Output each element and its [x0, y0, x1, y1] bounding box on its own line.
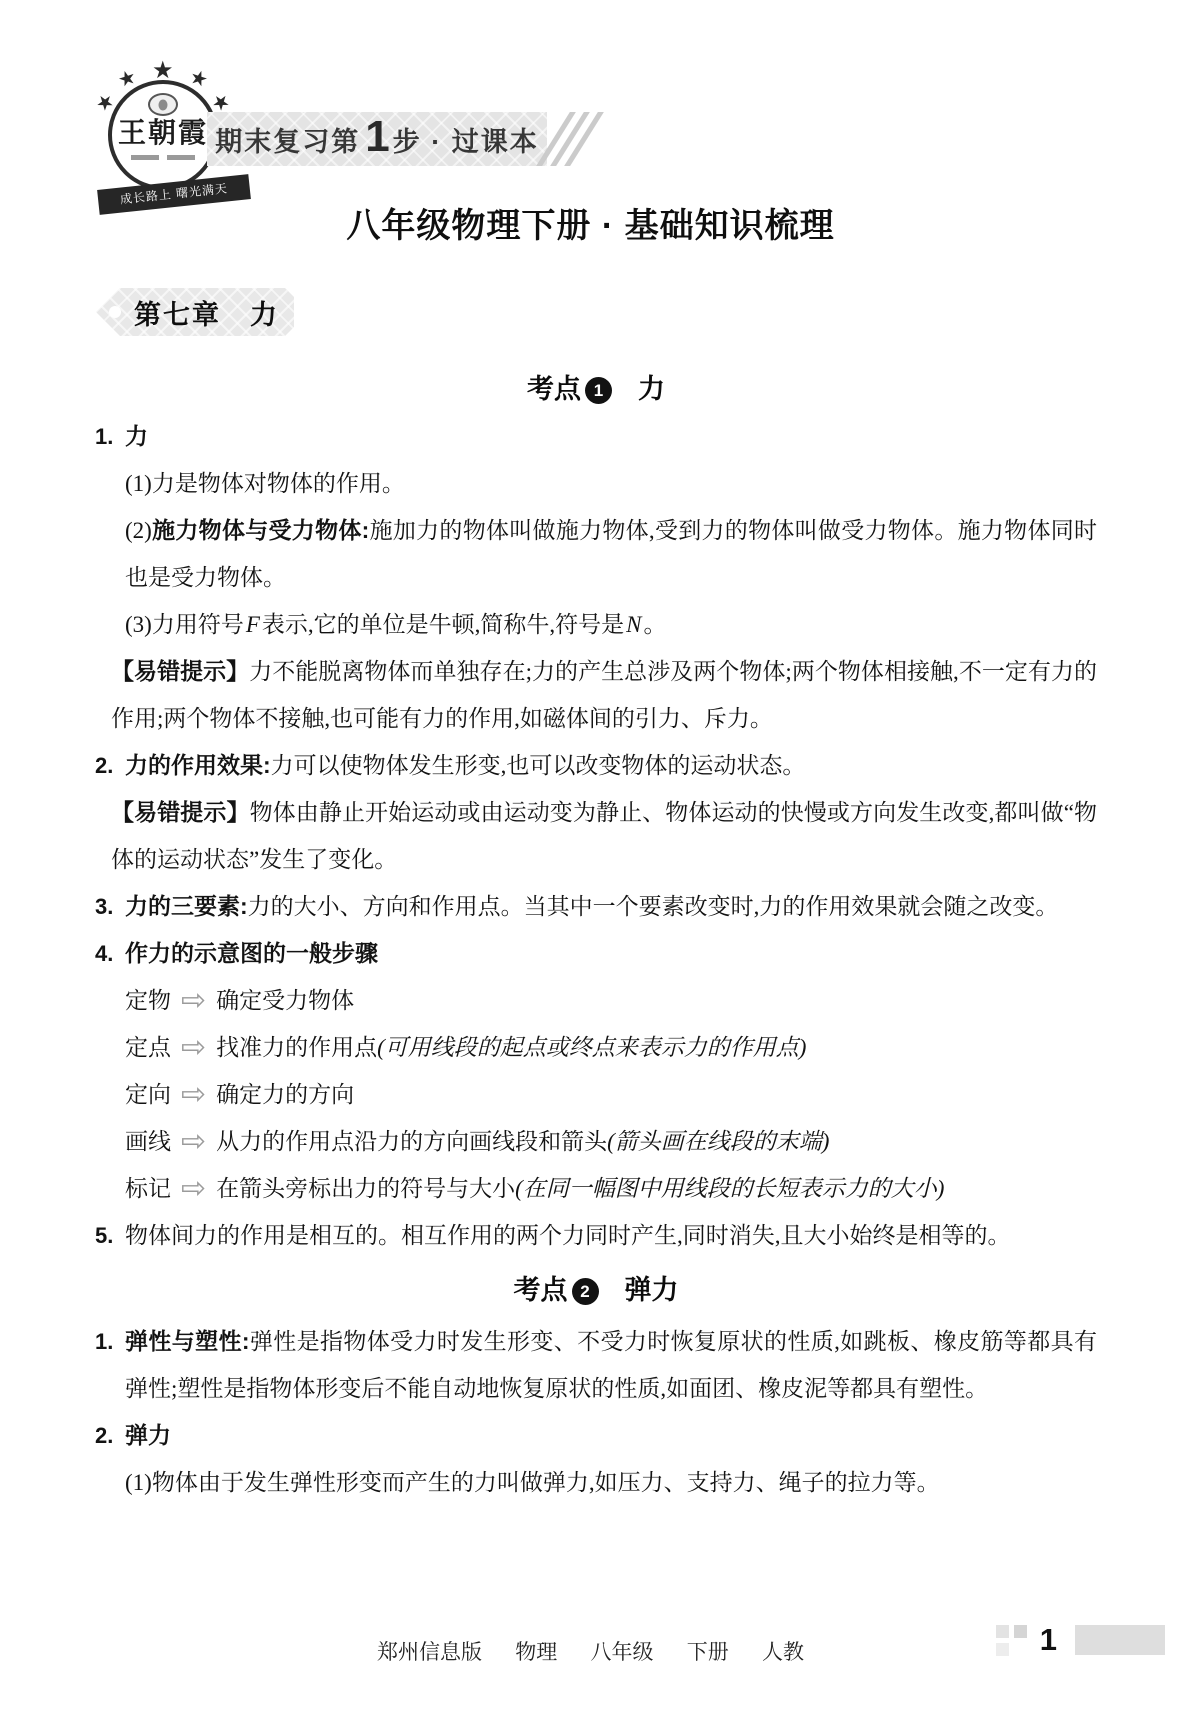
- step-row: 标记⇨在箭头旁标出力的符号与大小(在同一幅图中用线段的长短表示力的大小): [95, 1165, 1097, 1212]
- step-row: 定物⇨确定受力物体: [95, 977, 1097, 1024]
- text-segment: 从力的作用点沿力的方向画线段和箭头: [216, 1129, 607, 1154]
- text-segment: (3)力用符号: [125, 612, 244, 637]
- content-paragraph: (1)物体由于发生弹性形变而产生的力叫做弹力,如压力、支持力、绳子的拉力等。: [95, 1459, 1097, 1506]
- imprint-item: 八年级: [591, 1640, 654, 1664]
- page-number-bar: [1075, 1625, 1165, 1655]
- content-paragraph: (3)力用符号F表示,它的单位是牛顿,简称牛,符号是N。: [95, 601, 1097, 648]
- text-segment: 力的大小、方向和作用点。当其中一个要素改变时,力的作用效果就会随之改变。: [248, 894, 1059, 919]
- document-body: 考点1力1.力(1)力是物体对物体的作用。(2)施力物体与受力物体:施加力的物体…: [95, 366, 1097, 1506]
- tip-note: 【易错提示】物体由静止开始运动或由运动变为静止、物体运动的快慢或方向发生改变,都…: [95, 789, 1097, 883]
- text-segment: 力可以使物体发生形变,也可以改变物体的运动状态。: [271, 753, 806, 778]
- page-title: 八年级物理下册 · 基础知识梳理: [0, 198, 1181, 247]
- section: 考点1力1.力(1)力是物体对物体的作用。(2)施力物体与受力物体:施加力的物体…: [95, 366, 1097, 1259]
- chapter-tag-label: 第七章 力: [134, 293, 279, 332]
- step-row: 定向⇨确定力的方向: [95, 1071, 1097, 1118]
- banner-text-suffix: 步 · 过课本: [393, 120, 539, 159]
- banner-slashes-decoration: [553, 112, 613, 166]
- text-segment: (可用线段的起点或终点来表示力的作用点): [377, 1035, 806, 1060]
- content-paragraph: (1)力是物体对物体的作用。: [95, 460, 1097, 507]
- text-segment: 作力的示意图的一般步骤: [125, 940, 378, 966]
- text-segment: (2): [125, 518, 152, 543]
- content-paragraph: 4.作力的示意图的一般步骤: [95, 930, 1097, 977]
- text-segment: 【易错提示】: [111, 799, 250, 825]
- content-paragraph: 3.力的三要素:力的大小、方向和作用点。当其中一个要素改变时,力的作用效果就会随…: [95, 883, 1097, 930]
- logo-badge-circle: 王朝霞: [108, 80, 218, 190]
- list-marker: 2.: [95, 742, 125, 789]
- list-marker: 1.: [95, 413, 125, 460]
- text-segment: F: [244, 612, 262, 637]
- content-paragraph: (2)施力物体与受力物体:施加力的物体叫做施力物体,受到力的物体叫做受力物体。施…: [95, 507, 1097, 601]
- text-segment: 定物: [125, 988, 171, 1013]
- text-segment: 弹力: [125, 1422, 171, 1448]
- text-segment: 。: [643, 612, 666, 637]
- text-segment: 找准力的作用点: [216, 1035, 377, 1060]
- imprint-item: 郑州信息版: [377, 1640, 482, 1664]
- imprint-item: 物理: [515, 1640, 557, 1664]
- text-segment: (箭头画在线段的末端): [607, 1129, 829, 1154]
- text-segment: 力的作用效果:: [125, 752, 271, 778]
- list-marker: 3.: [95, 883, 125, 930]
- tip-note: 【易错提示】力不能脱离物体而单独存在;力的产生总涉及两个物体;两个物体相接触,不…: [95, 648, 1097, 742]
- list-marker: 1.: [95, 1318, 125, 1365]
- block-arrow-right-icon: ⇨: [181, 1124, 206, 1159]
- text-segment: 力的三要素:: [125, 893, 248, 919]
- text-segment: 画线: [125, 1129, 171, 1154]
- content-paragraph: 2.力的作用效果:力可以使物体发生形变,也可以改变物体的运动状态。: [95, 742, 1097, 789]
- content-paragraph: 2.弹力: [95, 1412, 1097, 1459]
- step-row: 画线⇨从力的作用点沿力的方向画线段和箭头(箭头画在线段的末端): [95, 1118, 1097, 1165]
- page-number-block: 1: [996, 1622, 1165, 1658]
- content-paragraph: 1.弹性与塑性:弹性是指物体受力时发生形变、不受力时恢复原状的性质,如跳板、橡皮…: [95, 1318, 1097, 1412]
- banner-step-number: 1: [365, 112, 389, 162]
- portrait-icon: [148, 93, 178, 116]
- content-paragraph: 5.物体间力的作用是相互的。相互作用的两个力同时产生,同时消失,且大小始终是相等…: [95, 1212, 1097, 1259]
- section: 考点2弹力1.弹性与塑性:弹性是指物体受力时发生形变、不受力时恢复原状的性质,如…: [95, 1267, 1097, 1506]
- text-segment: 弹性与塑性:: [125, 1328, 250, 1354]
- list-marker: 4.: [95, 930, 125, 977]
- text-segment: 确定受力物体: [216, 988, 354, 1013]
- block-arrow-right-icon: ⇨: [181, 983, 206, 1018]
- text-segment: 定向: [125, 1082, 171, 1107]
- topic-heading-title: 弹力: [625, 1275, 679, 1305]
- topic-heading-title: 力: [638, 374, 665, 404]
- text-segment: N: [624, 612, 643, 637]
- pixel-square-decoration: [996, 1623, 1030, 1657]
- topic-number-badge: 2: [572, 1278, 599, 1305]
- text-segment: 定点: [125, 1035, 171, 1060]
- text-segment: 物体由静止开始运动或由运动变为静止、物体运动的快慢或方向发生改变,都叫做“物体的…: [111, 800, 1097, 872]
- block-arrow-right-icon: ⇨: [181, 1171, 206, 1206]
- text-segment: 【易错提示】: [111, 658, 249, 684]
- topic-heading: 考点1力: [95, 366, 1097, 413]
- list-marker: 2.: [95, 1412, 125, 1459]
- text-segment: 标记: [125, 1176, 171, 1201]
- brand-name: 王朝霞: [112, 117, 214, 151]
- imprint-item: 人教: [762, 1640, 804, 1664]
- text-segment: (在同一幅图中用线段的长短表示力的大小): [515, 1176, 944, 1201]
- banner-text-prefix: 期末复习第: [215, 120, 360, 159]
- topic-heading-label: 考点: [527, 374, 581, 404]
- text-segment: 力: [125, 423, 148, 449]
- text-segment: 力不能脱离物体而单独存在;力的产生总涉及两个物体;两个物体相接触,不一定有力的作…: [111, 659, 1097, 731]
- text-segment: 确定力的方向: [216, 1082, 354, 1107]
- block-arrow-right-icon: ⇨: [181, 1030, 206, 1065]
- topic-heading-label: 考点: [514, 1275, 568, 1305]
- text-segment: 在箭头旁标出力的符号与大小: [216, 1176, 515, 1201]
- list-marker: 5.: [95, 1212, 125, 1259]
- text-segment: 施力物体与受力物体:: [152, 517, 369, 543]
- content-paragraph: 1.力: [95, 413, 1097, 460]
- chapter-tag: 第七章 力: [96, 288, 294, 336]
- text-segment: 弹性是指物体受力时发生形变、不受力时恢复原状的性质,如跳板、橡皮筋等都具有弹性;…: [125, 1329, 1097, 1401]
- text-segment: (1)物体由于发生弹性形变而产生的力叫做弹力,如压力、支持力、绳子的拉力等。: [125, 1470, 940, 1495]
- block-arrow-right-icon: ⇨: [181, 1077, 206, 1112]
- step-row: 定点⇨找准力的作用点(可用线段的起点或终点来表示力的作用点): [95, 1024, 1097, 1071]
- review-step-banner: 期末复习第 1 步 · 过课本: [207, 112, 547, 166]
- page: ★★★★★ 王朝霞 成长路上 曙光满天 期末复习第 1 步 · 过课本 八年级物…: [0, 0, 1181, 1730]
- logo-small-text-decoration: [112, 155, 214, 160]
- text-segment: 物体间力的作用是相互的。相互作用的两个力同时产生,同时消失,且大小始终是相等的。: [125, 1223, 1011, 1248]
- imprint-item: 下册: [687, 1640, 729, 1664]
- topic-number-badge: 1: [585, 377, 612, 404]
- text-segment: (1)力是物体对物体的作用。: [125, 471, 405, 496]
- text-segment: 表示,它的单位是牛顿,简称牛,符号是: [262, 612, 624, 637]
- topic-heading: 考点2弹力: [95, 1267, 1097, 1314]
- page-number: 1: [1040, 1622, 1057, 1658]
- tag-hole-icon: [109, 306, 121, 318]
